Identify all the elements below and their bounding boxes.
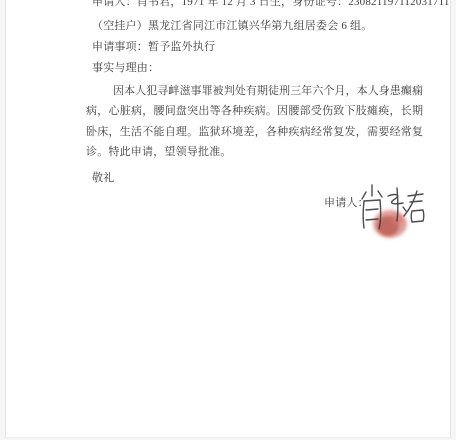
body-line: 诊。特此申请，望领导批准。 [86,145,232,159]
thumbprint-stamp [373,210,407,238]
request-item-line: 申请事项：暂予监外执行 [92,40,215,54]
applicant-info-line: 申请人：肖书君，1971 年 12 月 3 日生，身份证号：2308211971… [92,0,451,9]
body-line: 病，心脏病，腰间盘突出等各种疾病。因腰部受伤致下肢瘫痪，长期 [86,104,423,118]
handwritten-signature [356,183,428,243]
facts-reasons-heading: 事实与理由： [92,61,159,75]
signature-block [356,183,428,243]
scanned-document-page: 申请人：肖书君，1971 年 12 月 3 日生，身份证号：2308211971… [5,0,451,438]
salute-text: 敬礼 [92,171,114,185]
address-line: （空挂户）黑龙江省同江市江镇兴华第九组居委会 6 组。 [92,19,372,33]
body-line: 因本人犯寻衅滋事罪被判处有期徒刑三年六个月，本人身患癫痫 [113,84,423,98]
body-line: 卧床，生活不能自理。监狱环境差，各种疾病经常复发，需要经常复 [86,125,423,139]
